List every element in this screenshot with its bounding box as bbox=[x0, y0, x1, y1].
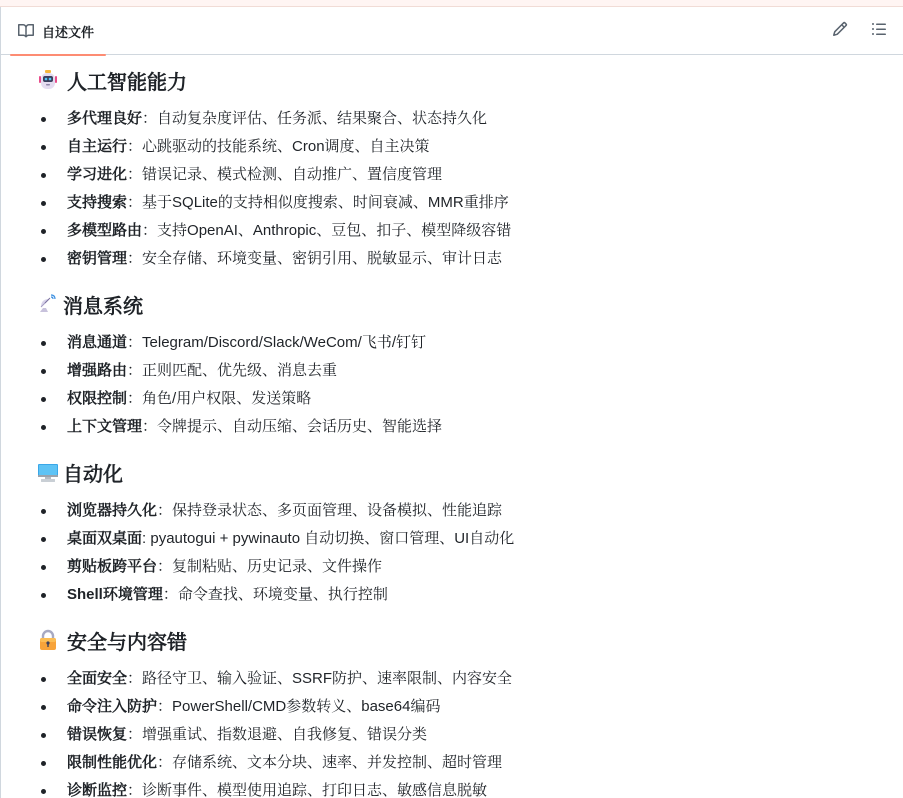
item-label: 多代理良好 bbox=[67, 110, 142, 127]
item-label: 增强路由 bbox=[67, 362, 127, 379]
item-sep: ： bbox=[127, 670, 142, 687]
book-icon bbox=[18, 23, 34, 39]
item-text: 基于SQLite的支持相似度搜索、时间衰减、MMR重排序 bbox=[142, 194, 509, 211]
item-text: 增强重试、指数退避、自我修复、错误分类 bbox=[142, 726, 427, 743]
section-title: 消息系统 bbox=[63, 290, 143, 319]
item-label: 剪贴板跨平台 bbox=[67, 558, 157, 575]
item-sep: ： bbox=[142, 222, 157, 239]
tab-readme[interactable]: 自述文件 bbox=[10, 7, 106, 55]
section-automation: 自动化 浏览器持久化：保持登录状态、多页面管理、设备模拟、性能追踪 桌面双桌面:… bbox=[37, 456, 903, 609]
feature-list: 多代理良好：自动复杂度评估、任务派、结果聚合、状态持久化 自主运行：心跳驱动的技… bbox=[37, 105, 903, 273]
list-item: 权限控制：角色/用户权限、发送策略 bbox=[37, 385, 903, 413]
item-sep: ： bbox=[127, 334, 142, 351]
edit-button[interactable] bbox=[830, 21, 850, 41]
section-security: 安全与内容错 全面安全：路径守卫、输入验证、SSRF防护、速率限制、内容安全 命… bbox=[37, 624, 903, 798]
item-text: 命令查找、环境变量、执行控制 bbox=[178, 586, 388, 603]
list-item: 多代理良好：自动复杂度评估、任务派、结果聚合、状态持久化 bbox=[37, 105, 903, 133]
desktop-computer-icon bbox=[37, 461, 59, 483]
item-label: 支持搜索 bbox=[67, 194, 127, 211]
list-item: 命令注入防护：PowerShell/CMD参数转义、base64编码 bbox=[37, 693, 903, 721]
item-label: 学习进化 bbox=[67, 166, 127, 183]
item-text: 复制粘贴、历史记录、文件操作 bbox=[172, 558, 382, 575]
item-label: 权限控制 bbox=[67, 390, 127, 407]
item-label: 全面安全 bbox=[67, 670, 127, 687]
list-item: 诊断监控：诊断事件、模型使用追踪、打印日志、敏感信息脱敏 bbox=[37, 777, 903, 798]
item-sep: ： bbox=[127, 782, 142, 798]
section-heading: 安全与内容错 bbox=[37, 624, 903, 656]
item-text: 自动复杂度评估、任务派、结果聚合、状态持久化 bbox=[157, 110, 487, 127]
item-sep: ： bbox=[127, 362, 142, 379]
tab-bar: 自述文件 bbox=[1, 7, 903, 55]
list-item: 桌面双桌面: pyautogui + pywinauto 自动切换、窗口管理、U… bbox=[37, 525, 903, 553]
item-text: 支持OpenAI、Anthropic、豆包、扣子、模型降级容错 bbox=[157, 222, 511, 239]
section-heading: 消息系统 bbox=[37, 288, 903, 320]
item-label: Shell环境管理 bbox=[67, 586, 163, 603]
item-sep: ： bbox=[142, 110, 157, 127]
item-label: 自主运行 bbox=[67, 138, 127, 155]
list-item: 学习进化：错误记录、模式检测、自动推广、置信度管理 bbox=[37, 161, 903, 189]
item-text: 错误记录、模式检测、自动推广、置信度管理 bbox=[142, 166, 442, 183]
item-label: 上下文管理 bbox=[67, 418, 142, 435]
section-title: 安全与内容错 bbox=[67, 626, 187, 655]
item-text: PowerShell/CMD参数转义、base64编码 bbox=[172, 698, 440, 715]
feature-list: 消息通道：Telegram/Discord/Slack/WeCom/飞书/钉钉 … bbox=[37, 329, 903, 441]
list-item: 全面安全：路径守卫、输入验证、SSRF防护、速率限制、内容安全 bbox=[37, 665, 903, 693]
item-label: 诊断监控 bbox=[67, 782, 127, 798]
list-item: 错误恢复：增强重试、指数退避、自我修复、错误分类 bbox=[37, 721, 903, 749]
section-messaging: 消息系统 消息通道：Telegram/Discord/Slack/WeCom/飞… bbox=[37, 288, 903, 441]
top-strip bbox=[0, 0, 903, 7]
list-item: 自主运行：心跳驱动的技能系统、Cron调度、自主决策 bbox=[37, 133, 903, 161]
section-ai-capabilities: 人工智能能力 多代理良好：自动复杂度评估、任务派、结果聚合、状态持久化 自主运行… bbox=[37, 56, 903, 273]
item-text: 正则匹配、优先级、消息去重 bbox=[142, 362, 337, 379]
list-item: 多模型路由：支持OpenAI、Anthropic、豆包、扣子、模型降级容错 bbox=[37, 217, 903, 245]
pencil-icon bbox=[832, 21, 848, 42]
item-sep: ： bbox=[163, 586, 178, 603]
item-sep: ： bbox=[127, 166, 142, 183]
item-sep: ： bbox=[127, 194, 142, 211]
item-sep: ： bbox=[157, 502, 172, 519]
item-sep: ： bbox=[127, 390, 142, 407]
list-item: 浏览器持久化：保持登录状态、多页面管理、设备模拟、性能追踪 bbox=[37, 497, 903, 525]
readme-content: 人工智能能力 多代理良好：自动复杂度评估、任务派、结果聚合、状态持久化 自主运行… bbox=[1, 56, 903, 798]
item-text: 心跳驱动的技能系统、Cron调度、自主决策 bbox=[142, 138, 430, 155]
list-item: 剪贴板跨平台：复制粘贴、历史记录、文件操作 bbox=[37, 553, 903, 581]
item-sep: ： bbox=[127, 138, 142, 155]
item-text: Telegram/Discord/Slack/WeCom/飞书/钉钉 bbox=[142, 334, 426, 351]
item-label: 命令注入防护 bbox=[67, 698, 157, 715]
item-text: 保持登录状态、多页面管理、设备模拟、性能追踪 bbox=[172, 502, 502, 519]
list-item: 支持搜索：基于SQLite的支持相似度搜索、时间衰减、MMR重排序 bbox=[37, 189, 903, 217]
item-text: 路径守卫、输入验证、SSRF防护、速率限制、内容安全 bbox=[142, 670, 512, 687]
item-label: 多模型路由 bbox=[67, 222, 142, 239]
feature-list: 浏览器持久化：保持登录状态、多页面管理、设备模拟、性能追踪 桌面双桌面: pya… bbox=[37, 497, 903, 609]
list-item: 密钥管理：安全存储、环境变量、密钥引用、脱敏显示、审计日志 bbox=[37, 245, 903, 273]
item-label: 错误恢复 bbox=[67, 726, 127, 743]
tab-label: 自述文件 bbox=[42, 22, 94, 41]
list-item: 上下文管理：令牌提示、自动压缩、会话历史、智能选择 bbox=[37, 413, 903, 441]
list-unordered-icon bbox=[871, 21, 887, 42]
feature-list: 全面安全：路径守卫、输入验证、SSRF防护、速率限制、内容安全 命令注入防护：P… bbox=[37, 665, 903, 798]
item-sep: ： bbox=[127, 250, 142, 267]
item-sep: ： bbox=[157, 754, 172, 771]
section-title: 人工智能能力 bbox=[67, 66, 187, 95]
readme-panel: 自述文件 bbox=[0, 7, 903, 798]
item-text: pyautogui + pywinauto 自动切换、窗口管理、UI自动化 bbox=[150, 530, 514, 547]
satellite-antenna-icon bbox=[37, 293, 59, 315]
item-label: 密钥管理 bbox=[67, 250, 127, 267]
section-title: 自动化 bbox=[63, 458, 123, 487]
item-label: 限制性能优化 bbox=[67, 754, 157, 771]
item-sep: ： bbox=[142, 418, 157, 435]
list-item: Shell环境管理：命令查找、环境变量、执行控制 bbox=[37, 581, 903, 609]
item-text: 令牌提示、自动压缩、会话历史、智能选择 bbox=[157, 418, 442, 435]
item-label: 消息通道 bbox=[67, 334, 127, 351]
outline-button[interactable] bbox=[869, 21, 889, 41]
list-item: 消息通道：Telegram/Discord/Slack/WeCom/飞书/钉钉 bbox=[37, 329, 903, 357]
item-sep: ： bbox=[157, 558, 172, 575]
list-item: 增强路由：正则匹配、优先级、消息去重 bbox=[37, 357, 903, 385]
item-sep: ： bbox=[157, 698, 172, 715]
robot-icon bbox=[37, 69, 59, 91]
item-text: 存储系统、文本分块、速率、并发控制、超时管理 bbox=[172, 754, 502, 771]
item-label: 浏览器持久化 bbox=[67, 502, 157, 519]
section-heading: 人工智能能力 bbox=[37, 64, 903, 96]
section-heading: 自动化 bbox=[37, 456, 903, 488]
list-item: 限制性能优化：存储系统、文本分块、速率、并发控制、超时管理 bbox=[37, 749, 903, 777]
item-text: 诊断事件、模型使用追踪、打印日志、敏感信息脱敏 bbox=[142, 782, 487, 798]
item-sep: ： bbox=[127, 726, 142, 743]
item-text: 安全存储、环境变量、密钥引用、脱敏显示、审计日志 bbox=[142, 250, 502, 267]
lock-icon bbox=[37, 629, 59, 651]
item-text: 角色/用户权限、发送策略 bbox=[142, 390, 311, 407]
item-label: 桌面双桌面 bbox=[67, 530, 142, 547]
